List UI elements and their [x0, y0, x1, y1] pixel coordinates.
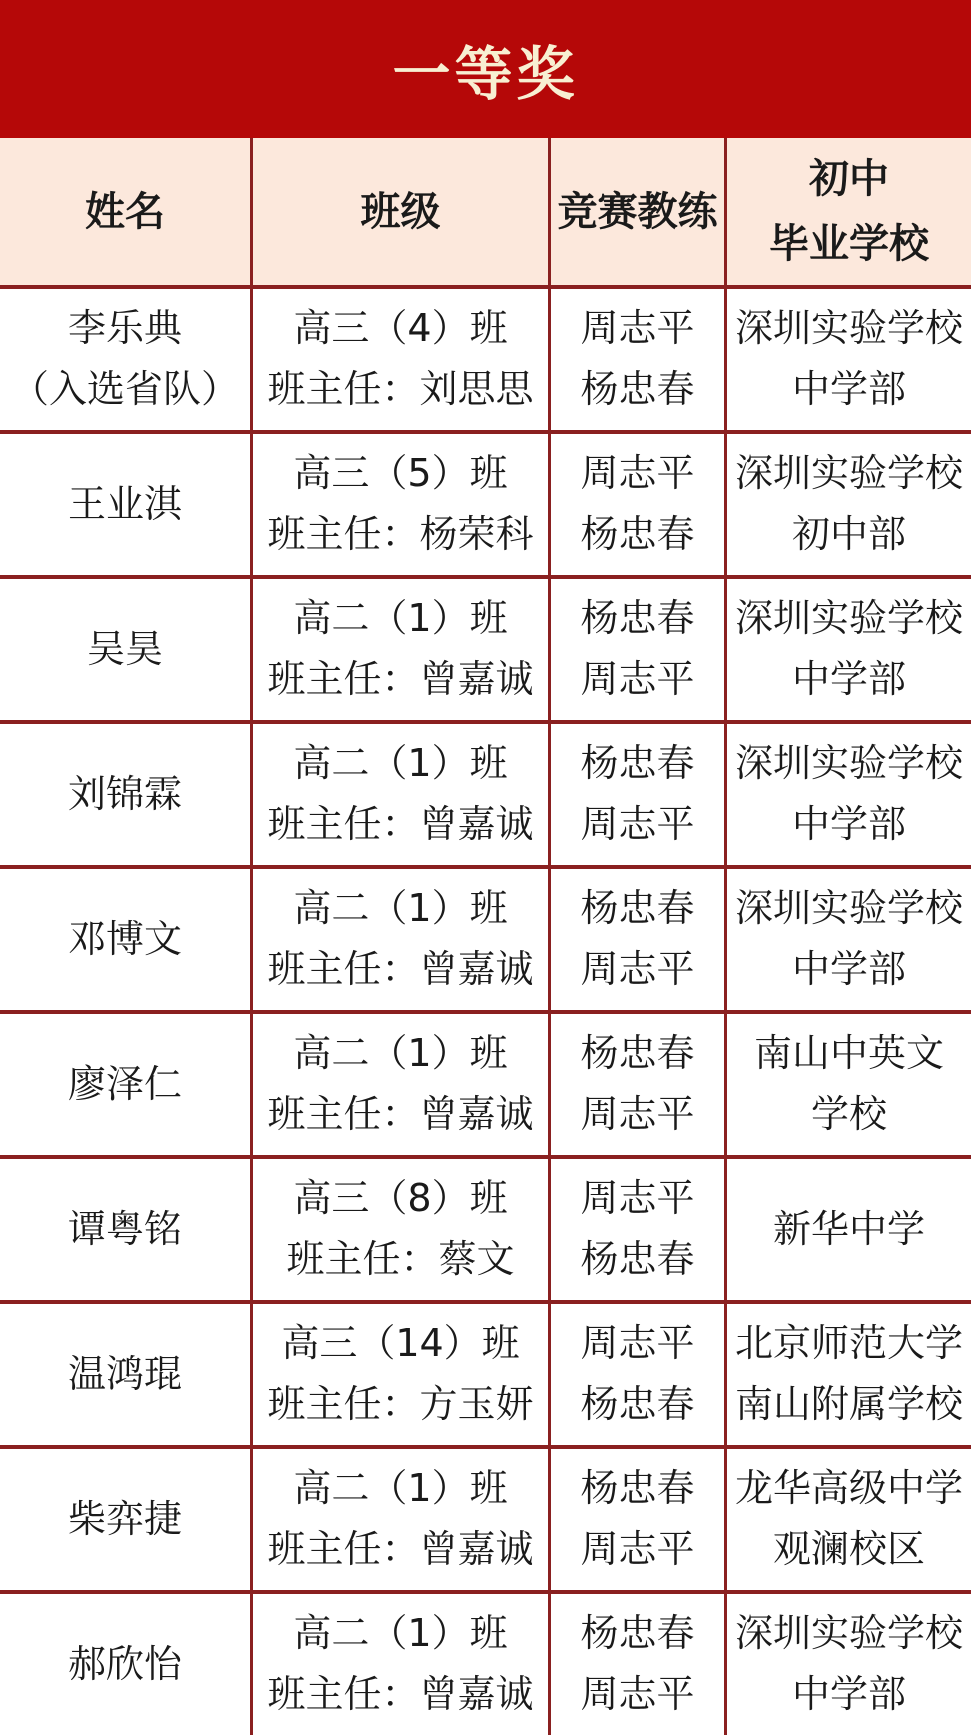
student-note: （入选省队）	[11, 368, 239, 412]
coach-name-2: 杨忠春	[580, 513, 694, 557]
student-name: 王业淇	[68, 483, 182, 527]
header-cell-class: 班级	[250, 138, 548, 285]
school-line1: 深圳实验学校	[735, 742, 963, 786]
table-row: 王业淇 高三（5）班 班主任：杨荣科 周志平 杨忠春 深圳实验学校 初中部	[0, 430, 971, 575]
school-line2: 中学部	[792, 948, 906, 992]
school-line1: 龙华高级中学	[735, 1467, 963, 1511]
header-label-name: 姓名	[85, 189, 165, 235]
class-cell: 高三（14）班 班主任：方玉妍	[250, 1300, 548, 1445]
coach-name-2: 杨忠春	[580, 368, 694, 412]
coach-cell: 杨忠春 周志平	[548, 720, 724, 865]
class-label: 高三（4）班	[293, 307, 507, 351]
class-cell: 高三（8）班 班主任：蔡文	[250, 1155, 548, 1300]
school-line2: 中学部	[792, 658, 906, 702]
name-cell: 刘锦霖	[0, 720, 250, 865]
class-label: 高三（8）班	[293, 1177, 507, 1221]
school-cell: 深圳实验学校 中学部	[724, 285, 971, 430]
coach-name-1: 杨忠春	[580, 742, 694, 786]
coach-name-2: 杨忠春	[580, 1383, 694, 1427]
prize-title: 一等奖	[392, 27, 578, 111]
name-cell: 谭粤铭	[0, 1155, 250, 1300]
class-cell: 高三（5）班 班主任：杨荣科	[250, 430, 548, 575]
school-cell: 深圳实验学校 中学部	[724, 1590, 971, 1735]
table-row: 邓博文 高二（1）班 班主任：曾嘉诚 杨忠春 周志平 深圳实验学校 中学部	[0, 865, 971, 1010]
table-row: 柴弈捷 高二（1）班 班主任：曾嘉诚 杨忠春 周志平 龙华高级中学 观澜校区	[0, 1445, 971, 1590]
table-row: 刘锦霖 高二（1）班 班主任：曾嘉诚 杨忠春 周志平 深圳实验学校 中学部	[0, 720, 971, 865]
table-row: 谭粤铭 高三（8）班 班主任：蔡文 周志平 杨忠春 新华中学	[0, 1155, 971, 1300]
class-teacher-label: 班主任：曾嘉诚	[267, 658, 533, 702]
table-row: 廖泽仁 高二（1）班 班主任：曾嘉诚 杨忠春 周志平 南山中英文 学校	[0, 1010, 971, 1155]
coach-name-2: 周志平	[580, 803, 694, 847]
coach-name-1: 杨忠春	[580, 597, 694, 641]
coach-cell: 周志平 杨忠春	[548, 1155, 724, 1300]
student-name: 廖泽仁	[68, 1063, 182, 1107]
coach-cell: 杨忠春 周志平	[548, 1010, 724, 1155]
coach-cell: 杨忠春 周志平	[548, 575, 724, 720]
coach-name-2: 周志平	[580, 658, 694, 702]
header-label-class: 班级	[361, 189, 441, 235]
school-line1: 北京师范大学	[735, 1322, 963, 1366]
header-cell-coach: 竞赛教练	[548, 138, 724, 285]
table-row: 吴昊 高二（1）班 班主任：曾嘉诚 杨忠春 周志平 深圳实验学校 中学部	[0, 575, 971, 720]
school-line1: 深圳实验学校	[735, 887, 963, 931]
school-cell: 深圳实验学校 中学部	[724, 575, 971, 720]
class-teacher-label: 班主任：曾嘉诚	[267, 1673, 533, 1717]
awards-page: 一等奖 姓名 班级 竞赛教练 初中 毕业学校 李乐典 （入选省队） 高	[0, 0, 971, 1735]
coach-name-1: 周志平	[580, 452, 694, 496]
name-cell: 吴昊	[0, 575, 250, 720]
school-cell: 深圳实验学校 初中部	[724, 430, 971, 575]
coach-cell: 杨忠春 周志平	[548, 1445, 724, 1590]
class-teacher-label: 班主任：曾嘉诚	[267, 1093, 533, 1137]
coach-name-2: 周志平	[580, 1528, 694, 1572]
school-line2: 中学部	[792, 1673, 906, 1717]
table-row: 郝欣怡 高二（1）班 班主任：曾嘉诚 杨忠春 周志平 深圳实验学校 中学部	[0, 1590, 971, 1735]
header-cell-school: 初中 毕业学校	[724, 138, 971, 285]
student-name: 谭粤铭	[68, 1208, 182, 1252]
class-cell: 高二（1）班 班主任：曾嘉诚	[250, 865, 548, 1010]
coach-name-2: 周志平	[580, 1673, 694, 1717]
coach-cell: 杨忠春 周志平	[548, 1590, 724, 1735]
school-line1: 南山中英文	[754, 1032, 944, 1076]
school-line2: 中学部	[792, 803, 906, 847]
name-cell: 李乐典 （入选省队）	[0, 285, 250, 430]
coach-name-1: 杨忠春	[580, 1032, 694, 1076]
school-line2: 学校	[811, 1093, 887, 1137]
class-label: 高三（5）班	[293, 452, 507, 496]
school-cell: 深圳实验学校 中学部	[724, 865, 971, 1010]
name-cell: 王业淇	[0, 430, 250, 575]
class-teacher-label: 班主任：曾嘉诚	[267, 948, 533, 992]
coach-name-2: 周志平	[580, 948, 694, 992]
school-line2: 初中部	[792, 513, 906, 557]
coach-name-1: 周志平	[580, 1322, 694, 1366]
coach-cell: 周志平 杨忠春	[548, 430, 724, 575]
class-label: 高二（1）班	[293, 1467, 507, 1511]
name-cell: 温鸿琨	[0, 1300, 250, 1445]
class-label: 高二（1）班	[293, 887, 507, 931]
class-label: 高二（1）班	[293, 597, 507, 641]
class-cell: 高三（4）班 班主任：刘思思	[250, 285, 548, 430]
student-name: 郝欣怡	[68, 1643, 182, 1687]
school-cell: 新华中学	[724, 1155, 971, 1300]
student-name: 柴弈捷	[68, 1498, 182, 1542]
school-line2: 南山附属学校	[735, 1383, 963, 1427]
student-name: 刘锦霖	[68, 773, 182, 817]
class-cell: 高二（1）班 班主任：曾嘉诚	[250, 1590, 548, 1735]
class-label: 高二（1）班	[293, 1612, 507, 1656]
class-label: 高三（14）班	[281, 1322, 519, 1366]
coach-name-1: 杨忠春	[580, 887, 694, 931]
results-table: 姓名 班级 竞赛教练 初中 毕业学校 李乐典 （入选省队） 高三（4）班 班主任…	[0, 138, 971, 1735]
prize-banner: 一等奖	[0, 0, 971, 138]
school-cell: 龙华高级中学 观澜校区	[724, 1445, 971, 1590]
school-line1: 深圳实验学校	[735, 1612, 963, 1656]
coach-cell: 杨忠春 周志平	[548, 865, 724, 1010]
class-teacher-label: 班主任：蔡文	[286, 1238, 514, 1282]
table-row: 李乐典 （入选省队） 高三（4）班 班主任：刘思思 周志平 杨忠春 深圳实验学校…	[0, 285, 971, 430]
school-cell: 北京师范大学 南山附属学校	[724, 1300, 971, 1445]
coach-cell: 周志平 杨忠春	[548, 1300, 724, 1445]
coach-name-1: 周志平	[580, 1177, 694, 1221]
student-name: 温鸿琨	[68, 1353, 182, 1397]
header-label-coach: 竞赛教练	[558, 189, 718, 235]
class-cell: 高二（1）班 班主任：曾嘉诚	[250, 720, 548, 865]
student-name: 李乐典	[68, 307, 182, 351]
coach-name-2: 周志平	[580, 1093, 694, 1137]
school-cell: 南山中英文 学校	[724, 1010, 971, 1155]
class-cell: 高二（1）班 班主任：曾嘉诚	[250, 1010, 548, 1155]
class-teacher-label: 班主任：方玉妍	[267, 1383, 533, 1427]
coach-cell: 周志平 杨忠春	[548, 285, 724, 430]
name-cell: 郝欣怡	[0, 1590, 250, 1735]
school-line2: 观澜校区	[773, 1528, 925, 1572]
header-label-school-line1: 初中	[809, 156, 889, 202]
coach-name-1: 杨忠春	[580, 1467, 694, 1511]
name-cell: 廖泽仁	[0, 1010, 250, 1155]
name-cell: 邓博文	[0, 865, 250, 1010]
school-line1: 新华中学	[773, 1208, 925, 1252]
class-cell: 高二（1）班 班主任：曾嘉诚	[250, 1445, 548, 1590]
header-cell-name: 姓名	[0, 138, 250, 285]
school-line1: 深圳实验学校	[735, 597, 963, 641]
class-teacher-label: 班主任：曾嘉诚	[267, 1528, 533, 1572]
school-line2: 中学部	[792, 368, 906, 412]
school-line1: 深圳实验学校	[735, 307, 963, 351]
class-teacher-label: 班主任：杨荣科	[267, 513, 533, 557]
student-name: 吴昊	[87, 628, 163, 672]
header-row: 姓名 班级 竞赛教练 初中 毕业学校	[0, 138, 971, 285]
class-label: 高二（1）班	[293, 742, 507, 786]
coach-name-1: 周志平	[580, 307, 694, 351]
student-name: 邓博文	[68, 918, 182, 962]
name-cell: 柴弈捷	[0, 1445, 250, 1590]
class-cell: 高二（1）班 班主任：曾嘉诚	[250, 575, 548, 720]
school-line1: 深圳实验学校	[735, 452, 963, 496]
coach-name-2: 杨忠春	[580, 1238, 694, 1282]
table-row: 温鸿琨 高三（14）班 班主任：方玉妍 周志平 杨忠春 北京师范大学 南山附属学…	[0, 1300, 971, 1445]
class-label: 高二（1）班	[293, 1032, 507, 1076]
header-label-school-line2: 毕业学校	[769, 221, 929, 267]
class-teacher-label: 班主任：刘思思	[267, 368, 533, 412]
school-cell: 深圳实验学校 中学部	[724, 720, 971, 865]
class-teacher-label: 班主任：曾嘉诚	[267, 803, 533, 847]
coach-name-1: 杨忠春	[580, 1612, 694, 1656]
